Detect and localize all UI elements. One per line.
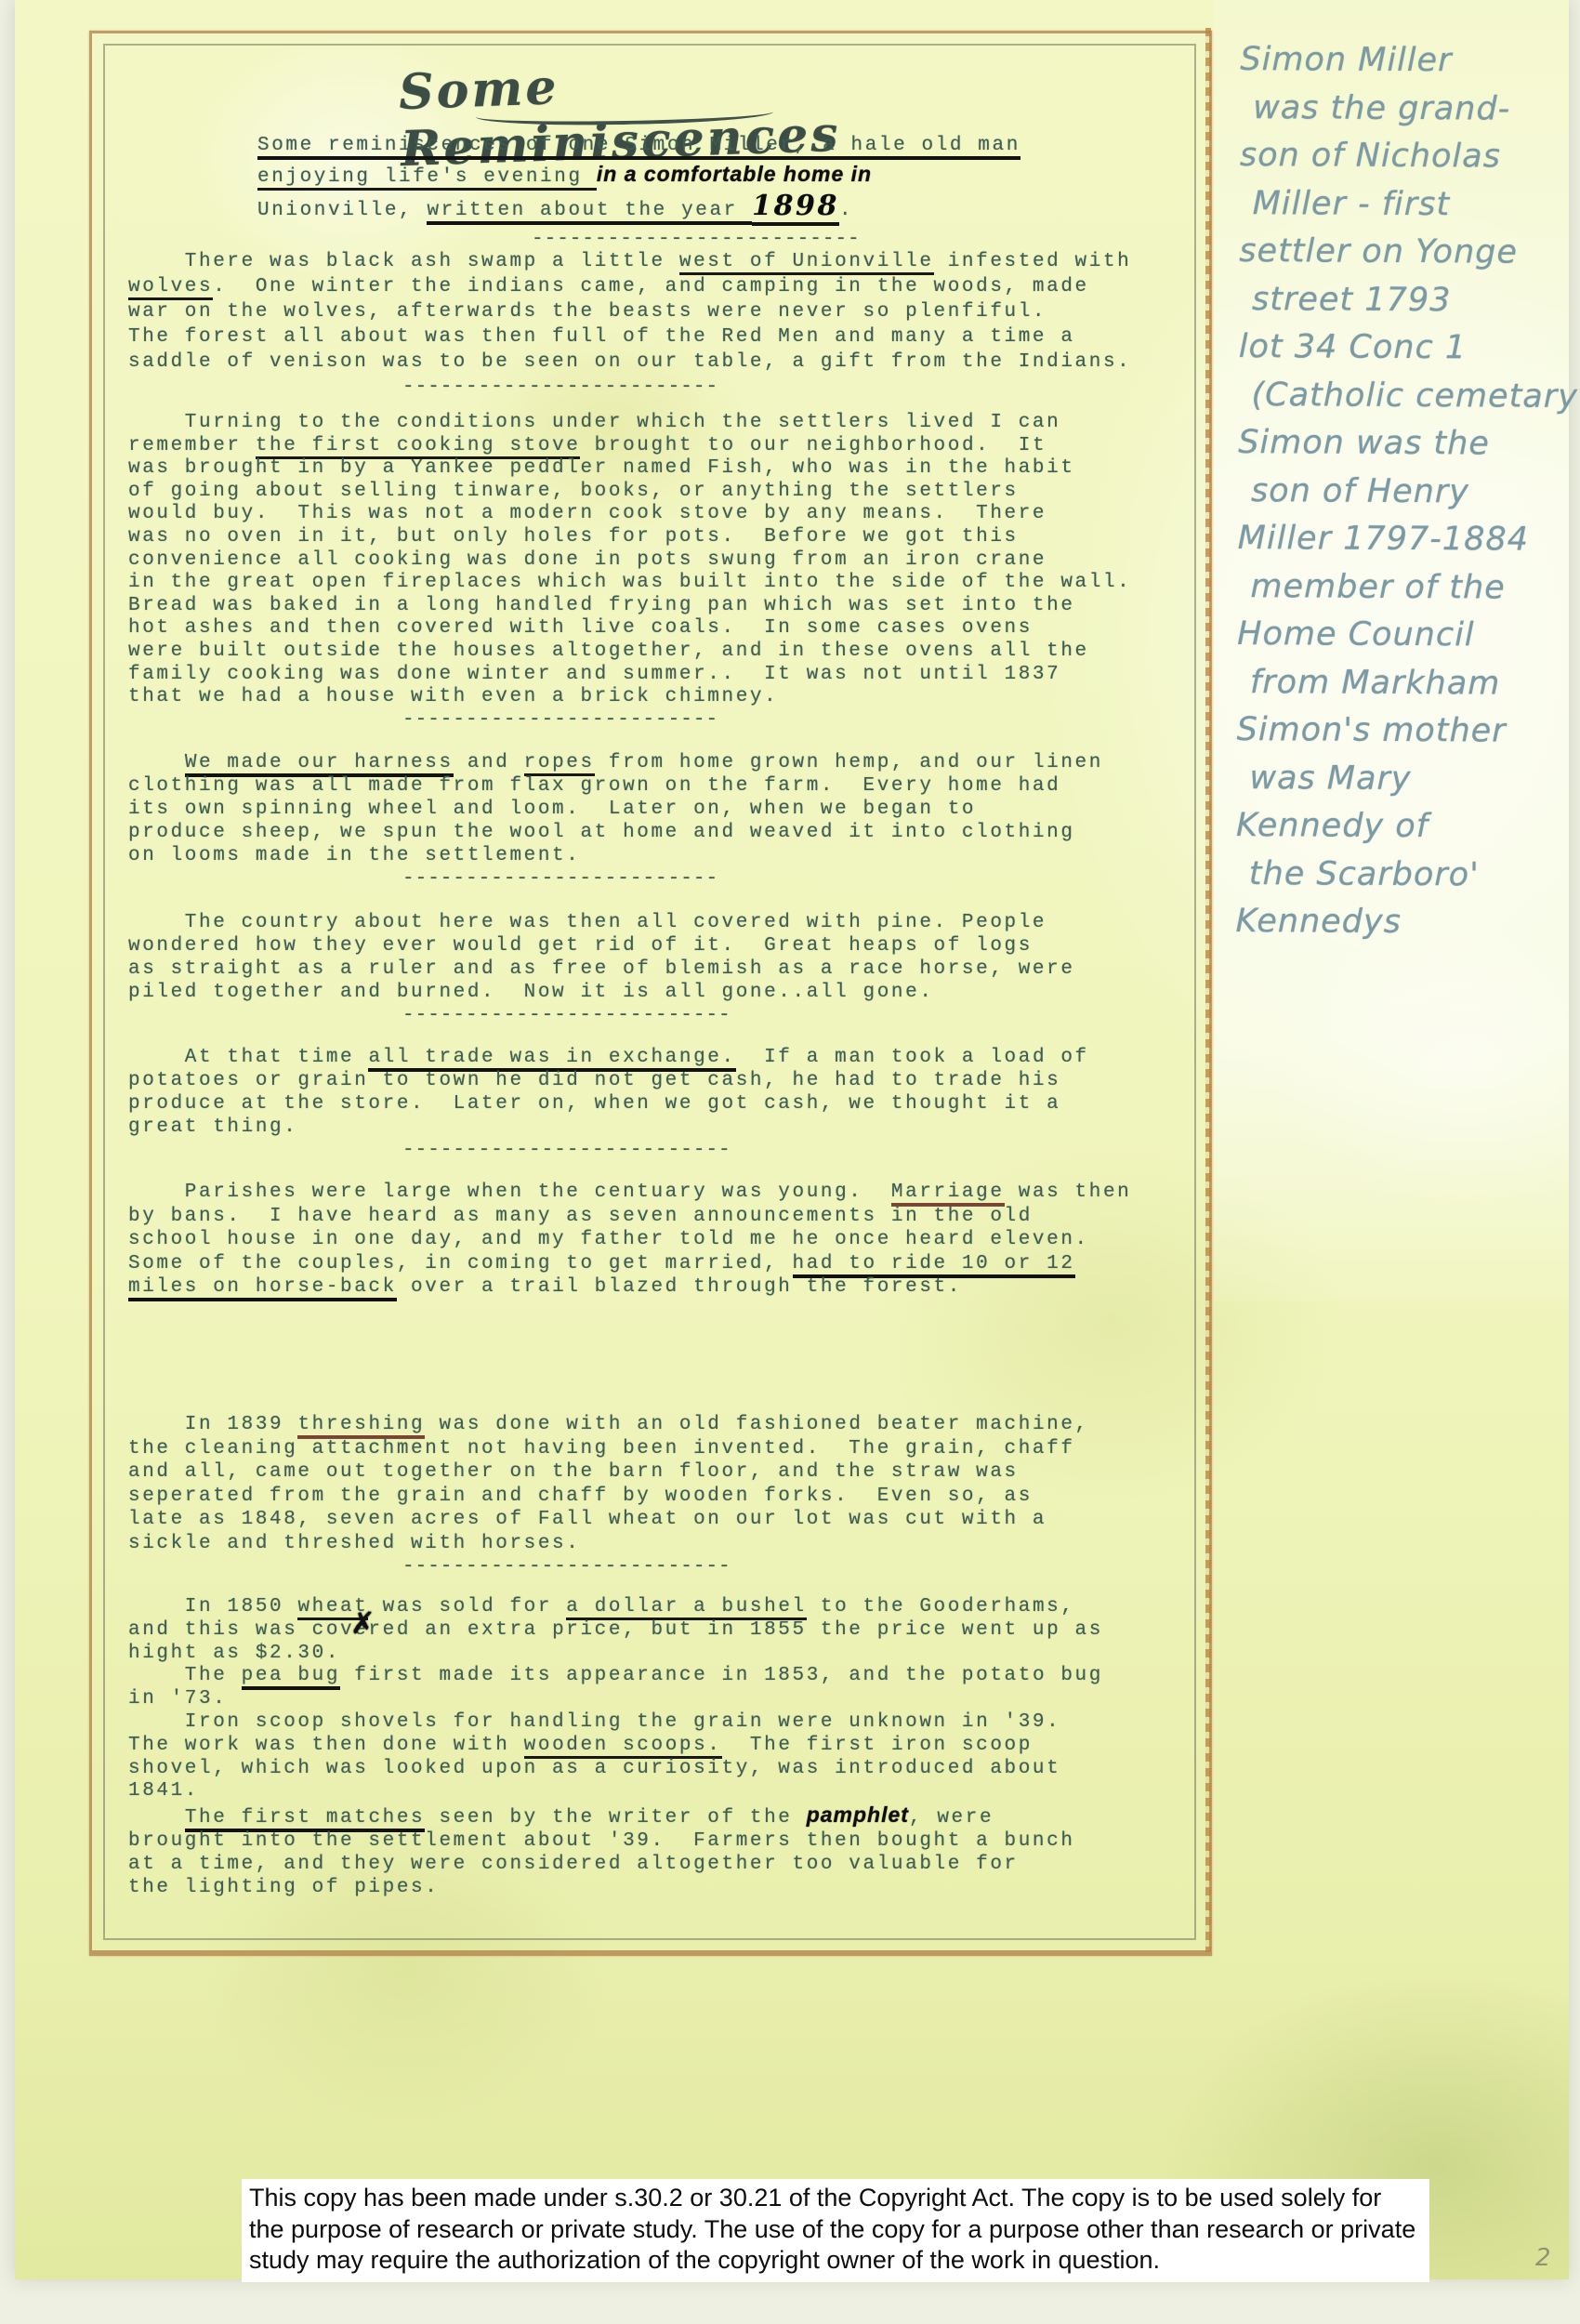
- typed-line: the lighting of pipes.: [128, 1877, 1188, 1900]
- typed-line: seperated from the grain and chaff by wo…: [128, 1485, 1188, 1509]
- typed-line: war on the wolves, afterwards the beasts…: [128, 299, 1188, 324]
- typed-line: brought into the settlement about '39. F…: [128, 1830, 1188, 1854]
- typed-line: potatoes or grain to town he did not get…: [128, 1069, 1188, 1092]
- typed-line: In 1839 threshing was done with an old f…: [128, 1413, 1188, 1437]
- typed-paragraph-pine: The country about here was then all cove…: [128, 911, 1188, 1027]
- typed-line: that we had a house with even a brick ch…: [128, 686, 1188, 709]
- typed-line: would buy. This was not a modern cook st…: [128, 503, 1188, 526]
- typed-line: was brought in by a Yankee peddler named…: [128, 457, 1188, 481]
- typed-line: In 1850 wheat was sold for a dollar a bu…: [128, 1596, 1188, 1619]
- typed-line: Bread was baked in a long handled frying…: [128, 595, 1188, 618]
- typed-line: produce sheep, we spun the wool at home …: [128, 821, 1188, 844]
- typed-line: remember the first cooking stove brought…: [128, 435, 1188, 458]
- copyright-notice: This copy has been made under s.30.2 or …: [242, 2179, 1429, 2282]
- typed-line: on looms made in the settlement.: [128, 844, 1188, 867]
- typed-line: The work was then done with wooden scoop…: [128, 1735, 1188, 1758]
- typed-line: -------------------------: [128, 375, 1188, 400]
- margin-note-line: was the grand-: [1240, 85, 1580, 134]
- typed-line: Unionville, written about the year 1898.: [257, 191, 1317, 225]
- typed-line: school house in one day, and my father t…: [128, 1228, 1188, 1252]
- typed-line: great thing.: [128, 1116, 1188, 1139]
- typed-line: and this was covered✗ an extra price, bu…: [128, 1619, 1188, 1643]
- typed-paragraph-trade: At that time all trade was in exchange. …: [128, 1046, 1188, 1162]
- typed-line: enjoying life's evening in a comfortable…: [257, 160, 1317, 191]
- typed-line: of going about selling tinware, books, o…: [128, 481, 1188, 504]
- typed-line: hot ashes and then covered with live coa…: [128, 617, 1188, 640]
- typed-intro-paragraph: Some reminiscences of one Simon Miller, …: [257, 131, 1317, 254]
- typed-line: and all, came out together on the barn f…: [128, 1460, 1188, 1485]
- margin-note-line: Kennedy of: [1236, 802, 1580, 852]
- typed-line: the cleaning attachment not having been …: [128, 1437, 1188, 1461]
- typed-line: family cooking was done winter and summe…: [128, 664, 1188, 687]
- typed-line: The forest all about was then full of th…: [128, 324, 1188, 350]
- margin-note-line: Kennedys: [1235, 898, 1580, 947]
- page-number: 2: [1535, 2244, 1551, 2272]
- typed-line: --------------------------: [128, 1139, 1188, 1162]
- margin-note-line: (Catholic cemetary: [1238, 372, 1580, 421]
- margin-note-line: son of Nicholas: [1240, 132, 1580, 181]
- typed-line: --------------------------: [128, 1004, 1188, 1027]
- typed-line: wolves. One winter the indians came, and…: [128, 274, 1188, 299]
- typed-line: clothing was all made from flax grown on…: [128, 774, 1188, 798]
- margin-note-line: Simon's mother: [1237, 706, 1580, 756]
- typed-line: sickle and threshed with horses.: [128, 1532, 1188, 1556]
- typed-line: Some of the couples, in coming to get ma…: [128, 1252, 1188, 1276]
- margin-note-line: Miller 1797-1884: [1238, 515, 1580, 564]
- handwritten-margin-notes: Simon Millerwas the grand-son of Nichola…: [1235, 36, 1580, 947]
- typed-line: saddle of venison was to be seen on our …: [128, 350, 1188, 375]
- typed-line: -------------------------: [128, 867, 1188, 891]
- margin-note-line: Simon was the: [1238, 419, 1580, 469]
- typed-paragraph-wheat: In 1850 wheat was sold for a dollar a bu…: [128, 1596, 1188, 1899]
- typed-paragraph-wolves: There was black ash swamp a little west …: [128, 249, 1188, 400]
- typed-line: piled together and burned. Now it is all…: [128, 981, 1188, 1004]
- typed-line: late as 1848, seven acres of Fall wheat …: [128, 1508, 1188, 1532]
- typed-line: Turning to the conditions under which th…: [128, 412, 1188, 435]
- typed-line: --------------------------: [128, 1555, 1188, 1579]
- typed-line: wondered how they ever would get rid of …: [128, 934, 1188, 957]
- typed-line: The country about here was then all cove…: [128, 911, 1188, 934]
- typed-line: -------------------------: [128, 709, 1188, 733]
- margin-note-line: Miller - first: [1239, 180, 1580, 230]
- typed-line: Some reminiscences of one Simon Miller, …: [257, 131, 1317, 160]
- typed-line: as straight as a ruler and as free of bl…: [128, 957, 1188, 981]
- typed-line: convenience all cooking was done in pots…: [128, 549, 1188, 573]
- typed-paragraph-harness: We made our harness and ropes from home …: [128, 751, 1188, 891]
- margin-note-line: was Mary: [1236, 755, 1580, 804]
- typed-line: by bans. I have heard as many as seven a…: [128, 1205, 1188, 1229]
- typed-line: There was black ash swamp a little west …: [128, 249, 1188, 274]
- typed-line: The first matches seen by the writer of …: [128, 1803, 1188, 1830]
- margin-note-line: settler on Yonge: [1239, 228, 1580, 277]
- typed-paragraph-threshing: In 1839 threshing was done with an old f…: [128, 1413, 1188, 1579]
- margin-note-line: son of Henry: [1238, 468, 1580, 517]
- typed-line: At that time all trade was in exchange. …: [128, 1046, 1188, 1069]
- typed-line: Parishes were large when the centuary wa…: [128, 1181, 1188, 1205]
- typed-line: Iron scoop shovels for handling the grai…: [128, 1711, 1188, 1735]
- typed-line: in '73.: [128, 1688, 1188, 1711]
- typed-line: 1841.: [128, 1780, 1188, 1803]
- typed-paragraph-stove: Turning to the conditions under which th…: [128, 412, 1188, 732]
- typed-line: was no oven in it, but only holes for po…: [128, 526, 1188, 549]
- typed-line: miles on horse-back over a trail blazed …: [128, 1275, 1188, 1300]
- typed-line: We made our harness and ropes from home …: [128, 751, 1188, 774]
- margin-note-line: Home Council: [1237, 611, 1580, 660]
- typed-line: shovel, which was looked upon as a curio…: [128, 1758, 1188, 1781]
- typed-line: hight as $2.30.: [128, 1643, 1188, 1666]
- typed-line: produce at the store. Later on, when we …: [128, 1092, 1188, 1116]
- typed-line: were built outside the houses altogether…: [128, 640, 1188, 664]
- margin-note-line: from Markham: [1237, 659, 1580, 708]
- margin-note-line: member of the: [1237, 563, 1580, 613]
- margin-note-line: the Scarboro': [1236, 851, 1580, 900]
- typed-line: in the great open fireplaces which was b…: [128, 572, 1188, 595]
- margin-note-line: street 1793: [1239, 276, 1580, 325]
- typed-paragraph-marriage: Parishes were large when the centuary wa…: [128, 1181, 1188, 1300]
- margin-note-line: Simon Miller: [1240, 36, 1580, 86]
- typed-line: at a time, and they were considered alto…: [128, 1854, 1188, 1877]
- page-binding-edge: [1205, 28, 1211, 1952]
- margin-note-line: lot 34 Conc 1: [1239, 324, 1580, 373]
- typed-line: The pea bug first made its appearance in…: [128, 1665, 1188, 1688]
- typed-line: its own spinning wheel and loom. Later o…: [128, 798, 1188, 821]
